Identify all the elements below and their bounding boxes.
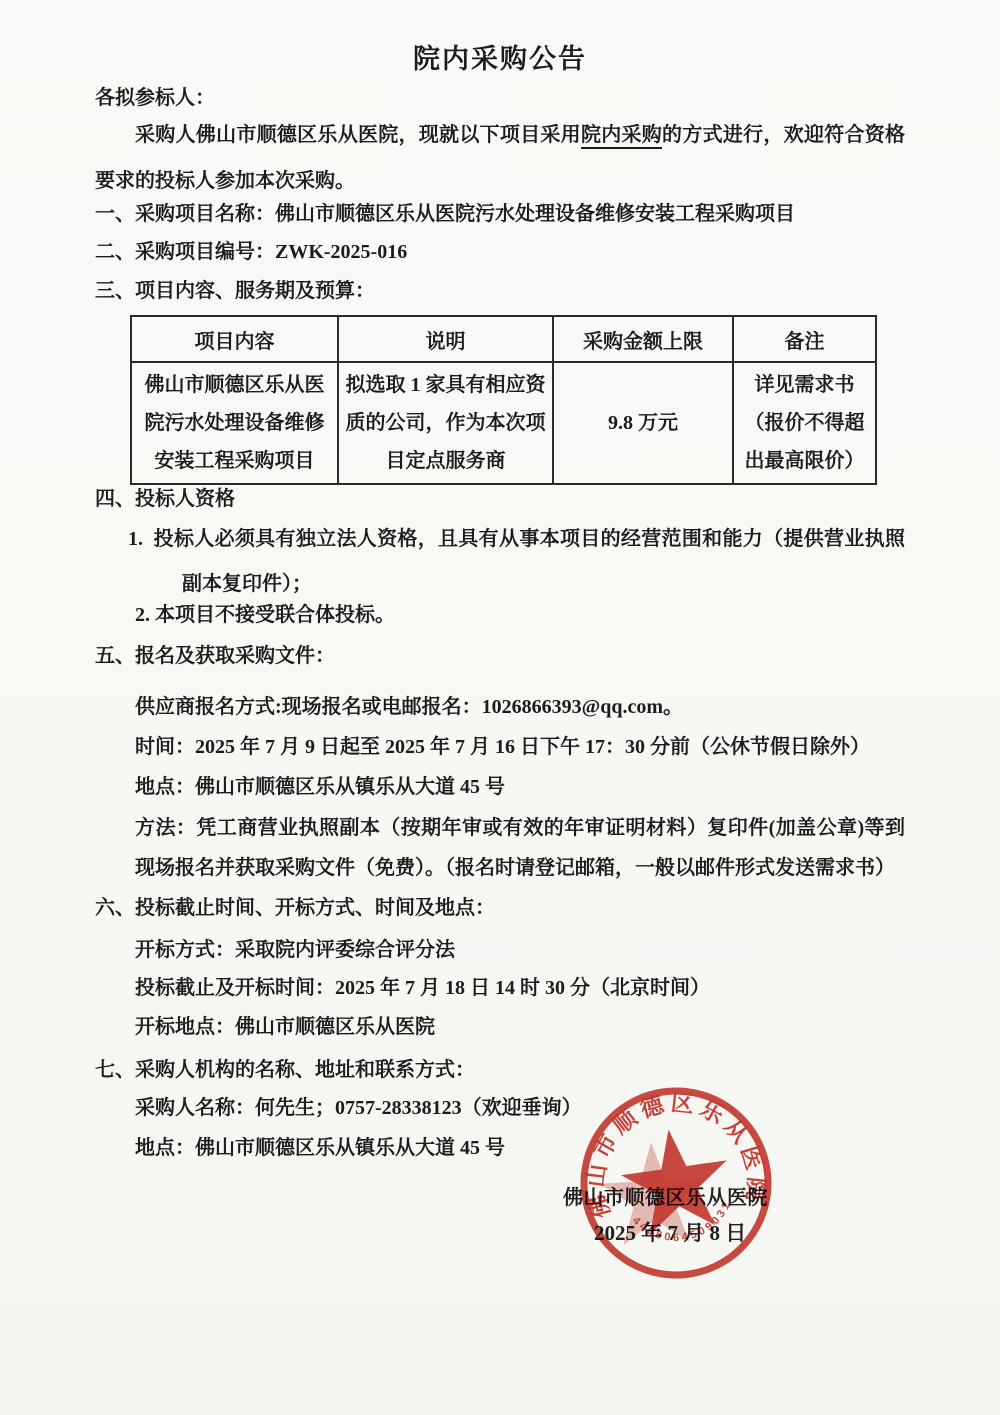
- bid-opening-method-line: 开标方式：采取院内评委综合评分法: [135, 937, 455, 963]
- table-cell-description: 拟选取 1 家具有相应资质的公司，作为本次项目定点服务商: [338, 362, 553, 484]
- intro-text-before: 采购人佛山市顺德区乐从医院，现就以下项目采用: [135, 124, 581, 146]
- table-cell-budget-cap: 9.8 万元: [553, 362, 733, 484]
- table-header-project: 项目内容: [131, 316, 338, 362]
- table-header-row: 项目内容 说明 采购金额上限 备注: [131, 316, 876, 362]
- table-header-remarks: 备注: [733, 316, 876, 362]
- table-cell-remarks: 详见需求书（报价不得超出最高限价）: [733, 362, 876, 484]
- section-2-heading: 二、采购项目编号：ZWK-2025-016: [95, 239, 407, 265]
- bid-deadline-line: 投标截止及开标时间：2025 年 7 月 18 日 14 时 30 分（北京时间…: [135, 975, 710, 1001]
- intro-underlined-term: 院内采购: [581, 124, 662, 149]
- section-4-heading: 四、投标人资格: [95, 486, 235, 512]
- section-3-heading: 三、项目内容、服务期及预算：: [95, 278, 375, 304]
- official-seal: 佛山市顺德区乐从医院 4408064509031: [576, 1080, 776, 1286]
- table-cell-project: 佛山市顺德区乐从医院污水处理设备维修安装工程采购项目: [131, 362, 338, 484]
- document-page: 院内采购公告 各拟参标人： 采购人佛山市顺德区乐从医院，现就以下项目采用院内采购…: [0, 0, 1000, 1415]
- purchaser-address-line: 地点：佛山市顺德区乐从镇乐从大道 45 号: [135, 1135, 505, 1161]
- qualification-item-2: 2. 本项目不接受联合体投标。: [135, 602, 395, 628]
- purchaser-name-line: 采购人名称：何先生；0757-28338123（欢迎垂询）: [135, 1095, 582, 1121]
- section-1-heading: 一、采购项目名称：佛山市顺德区乐从医院污水处理设备维修安装工程采购项目: [95, 201, 795, 227]
- page-title: 院内采购公告: [0, 42, 1000, 76]
- section-5-heading: 五、报名及获取采购文件：: [95, 643, 335, 669]
- registration-address-line: 地点：佛山市顺德区乐从镇乐从大道 45 号: [135, 774, 505, 800]
- bid-opening-location-line: 开标地点：佛山市顺德区乐从医院: [135, 1014, 435, 1040]
- salutation: 各拟参标人：: [95, 85, 215, 111]
- registration-procedure-line: 方法：凭工商营业执照副本（按期年审或有效的年审证明材料）复印件(加盖公章)等到现…: [135, 808, 905, 888]
- section-6-heading: 六、投标截止时间、开标方式、时间及地点：: [95, 895, 495, 921]
- registration-time-line: 时间：2025 年 7 月 9 日起至 2025 年 7 月 16 日下午 17…: [135, 734, 870, 760]
- registration-method-line: 供应商报名方式:现场报名或电邮报名：1026866393@qq.com。: [135, 694, 683, 720]
- intro-paragraph: 采购人佛山市顺德区乐从医院，现就以下项目采用院内采购的方式进行，欢迎符合资格要求…: [95, 112, 905, 204]
- table-row: 佛山市顺德区乐从医院污水处理设备维修安装工程采购项目 拟选取 1 家具有相应资质…: [131, 362, 876, 484]
- budget-table: 项目内容 说明 采购金额上限 备注 佛山市顺德区乐从医院污水处理设备维修安装工程…: [130, 315, 877, 485]
- table-header-budget-cap: 采购金额上限: [553, 316, 733, 362]
- section-7-heading: 七、采购人机构的名称、地址和联系方式：: [95, 1057, 475, 1083]
- table-header-description: 说明: [338, 316, 553, 362]
- qualification-item-1: 1. 投标人必须具有独立法人资格，且具有从事本项目的经营范围和能力（提供营业执照…: [128, 517, 905, 607]
